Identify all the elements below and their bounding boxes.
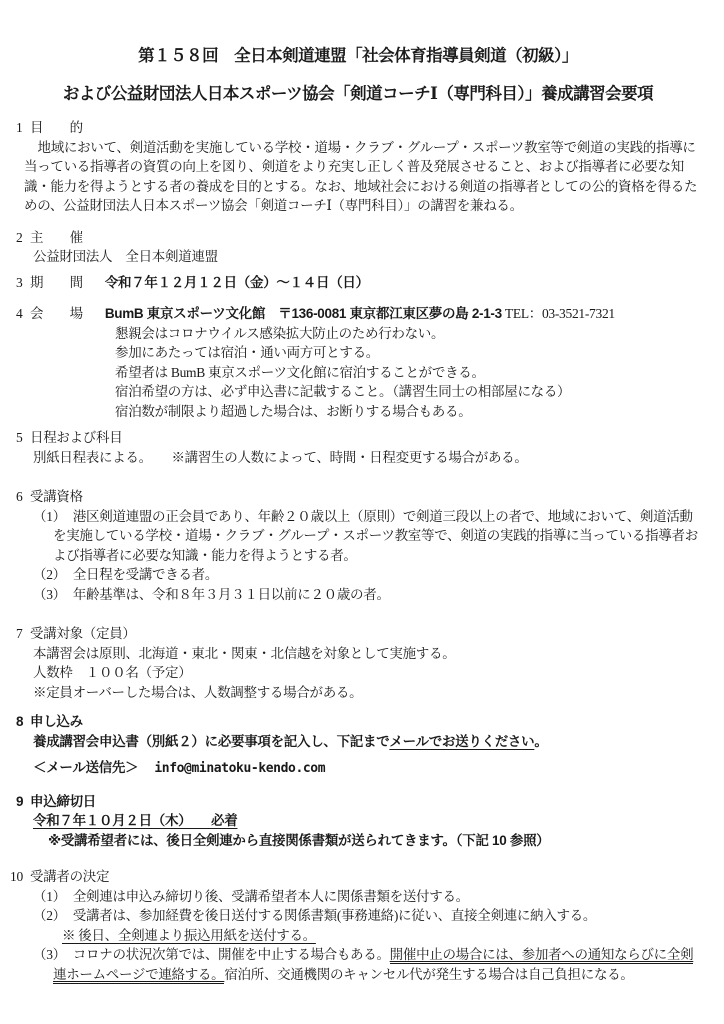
section-eligibility: 6受講資格 （1）港区剣道連盟の正会員であり、年齢２０歳以上（原則）で剣道三段以… xyxy=(16,487,700,604)
payment-note: ※ 後日、全剣連より振込用紙を送付する。 xyxy=(62,926,700,946)
section-number: 6 xyxy=(16,487,30,507)
section-heading: 9申込締切日 xyxy=(16,792,700,812)
section-venue: 4会 場BumB 東京スポーツ文化館 〒136-0081 東京都江東区夢の島 2… xyxy=(16,304,700,421)
section-label: 期 間 xyxy=(30,275,83,290)
section-label: 受講資格 xyxy=(30,489,83,504)
section-number: 5 xyxy=(16,428,30,448)
eligibility-item: （2）全日程を受講できる者。 xyxy=(53,565,700,585)
section-number: 7 xyxy=(16,624,30,644)
section-schedule: 5日程および科目 別紙日程表による。 ※講習生の人数によって、時間・日程変更する… xyxy=(16,428,700,467)
section-label: 日程および科目 xyxy=(30,430,122,445)
section-label: 主 催 xyxy=(30,230,83,245)
section-organizer: 2主 催 公益財団法人 全日本剣道連盟 xyxy=(16,228,700,267)
section-number: 8 xyxy=(16,712,30,732)
purpose-paragraph: 地域において、剣道活動を実施している学校・道場・クラブ・グループ・スポーツ教室等… xyxy=(24,138,700,216)
section-application: 8申し込み 養成講習会申込書（別紙２）に必要事項を記入し、下記までメールでお送り… xyxy=(16,712,700,779)
section-heading: 10受講者の決定 xyxy=(10,867,700,887)
section-selection: 10受講者の決定 （1）全剣連は申込み締切り後、受講希望者本人に関係書類を送付す… xyxy=(16,867,700,984)
section-number: 2 xyxy=(16,228,30,248)
selection-item: （1）全剣連は申込み締切り後、受講希望者本人に関係書類を送付する。 xyxy=(53,887,700,907)
item-marker: （1） xyxy=(33,889,66,904)
mail-row: ＜メール送信先＞info@minatoku-kendo.com xyxy=(33,758,700,779)
deadline-line: 令和７年１０月２日（木） 必着 xyxy=(33,811,700,831)
section-purpose: 1目 的 地域において、剣道活動を実施している学校・道場・クラブ・グループ・スポ… xyxy=(16,118,700,216)
item-text-pre: コロナの状況次第では、開催を中止する場合もある。 xyxy=(73,947,390,962)
section-deadline: 9申込締切日 令和７年１０月２日（木） 必着 ※受講希望者には、後日全剣連から直… xyxy=(16,792,700,851)
schedule-note: 別紙日程表による。 ※講習生の人数によって、時間・日程変更する場合がある。 xyxy=(33,448,700,468)
section-heading: 2主 催 xyxy=(16,228,700,248)
section-target: 7受講対象（定員） 本講習会は原則、北海道・東北・関東・北信越を対象として実施す… xyxy=(16,624,700,702)
section-heading: 1目 的 xyxy=(16,118,700,138)
capacity-note: ※定員オーバーした場合は、人数調整する場合がある。 xyxy=(33,683,700,703)
section-label: 受講者の決定 xyxy=(30,869,109,884)
item-text: 受講者は、参加経費を後日送付する関係書類(事務連絡)に従い、直接全剣連に納入する… xyxy=(73,908,596,923)
item-text: 全日程を受講できる者。 xyxy=(73,567,218,582)
venue-note: 宿泊希望の方は、必ず申込書に記載すること。（講習生同士の相部屋になる） xyxy=(115,382,700,402)
eligibility-item: （3）年齢基準は、令和８年３月３１日以前に２０歳の者。 xyxy=(53,585,700,605)
section-heading: 8申し込み xyxy=(16,712,700,732)
venue-note: 懇親会はコロナウイルス感染拡大防止のため行わない。 xyxy=(115,324,700,344)
item-text: 全剣連は申込み締切り後、受講希望者本人に関係書類を送付する。 xyxy=(73,889,469,904)
selection-item: （2）受講者は、参加経費を後日送付する関係書類(事務連絡)に従い、直接全剣連に納… xyxy=(53,906,700,926)
document-page: 第１５８回 全日本剣道連盟「社会体育指導員剣道（初級）」 および公益財団法人日本… xyxy=(0,0,724,1024)
venue-note: 参加にあたっては宿泊・通い両方可とする。 xyxy=(115,343,700,363)
eligibility-item: （1）港区剣道連盟の正会員であり、年齢２０歳以上（原則）で剣道三段以上の者で、地… xyxy=(53,507,700,566)
venue-name-address: BumB 東京スポーツ文化館 〒136-0081 東京都江東区夢の島 2-1-3 xyxy=(105,306,502,321)
instruction-post: 。 xyxy=(534,734,547,749)
item-marker: （3） xyxy=(33,947,66,962)
section-number: 10 xyxy=(10,867,30,887)
item-marker: （1） xyxy=(33,509,66,524)
item-text: 年齢基準は、令和８年３月３１日以前に２０歳の者。 xyxy=(73,587,390,602)
selection-item: （3）コロナの状況次第では、開催を中止する場合もある。開催中止の場合には、参加者… xyxy=(53,945,700,984)
venue-note: 希望者は BumB 東京スポーツ文化館に宿泊することができる。 xyxy=(115,363,700,383)
item-marker: （3） xyxy=(33,587,66,602)
mail-address: info@minatoku-kendo.com xyxy=(154,761,325,776)
section-label: 申し込み xyxy=(30,714,83,729)
item-text-post: 宿泊所、交通機関のキャンセル代が発生する場合は自己負担になる。 xyxy=(224,967,633,982)
period-date: 令和７年１２月１２日（金）～１４日（日） xyxy=(105,275,369,290)
section-label: 受講対象（定員） xyxy=(30,626,136,641)
instruction-underlined: メールでお送りください xyxy=(389,734,534,749)
section-number: 4 xyxy=(16,304,30,324)
section-label: 目 的 xyxy=(30,120,83,135)
section-number: 1 xyxy=(16,118,30,138)
section-number: 9 xyxy=(16,792,30,812)
capacity-line: 人数枠 １００名（予定） xyxy=(33,663,700,683)
venue-note: 宿泊数が制限より超過した場合は、お断りする場合もある。 xyxy=(115,402,700,422)
section-heading: 3期 間令和７年１２月１２日（金）～１４日（日） xyxy=(16,273,700,293)
section-label: 会 場 xyxy=(30,306,83,321)
item-marker: （2） xyxy=(33,908,66,923)
section-heading: 5日程および科目 xyxy=(16,428,700,448)
deadline-date: 令和７年１０月２日（木） 必着 xyxy=(33,813,237,828)
payment-note-text: ※ 後日、全剣連より振込用紙を送付する。 xyxy=(62,928,316,943)
target-line: 本講習会は原則、北海道・東北・関東・北信越を対象として実施する。 xyxy=(33,644,700,664)
organizer-name: 公益財団法人 全日本剣道連盟 xyxy=(33,247,700,267)
section-heading: 4会 場BumB 東京スポーツ文化館 〒136-0081 東京都江東区夢の島 2… xyxy=(16,304,700,324)
instruction-pre: 養成講習会申込書（別紙２）に必要事項を記入し、下記まで xyxy=(33,734,389,749)
section-heading: 6受講資格 xyxy=(16,487,700,507)
section-heading: 7受講対象（定員） xyxy=(16,624,700,644)
mail-label: ＜メール送信先＞ xyxy=(33,760,138,775)
item-marker: （2） xyxy=(33,567,66,582)
section-label: 申込締切日 xyxy=(30,794,96,809)
doc-title-line2: および公益財団法人日本スポーツ協会「剣道コーチⅠ（専門科目）」養成講習会要項 xyxy=(16,82,700,106)
doc-title-line1: 第１５８回 全日本剣道連盟「社会体育指導員剣道（初級）」 xyxy=(16,44,700,68)
section-number: 3 xyxy=(16,273,30,293)
venue-tel: TEL：03-3521-7321 xyxy=(505,306,615,321)
deadline-note: ※受講希望者には、後日全剣連から直接関係書類が送られてきます。（下記 10 参照… xyxy=(48,831,700,851)
application-instruction: 養成講習会申込書（別紙２）に必要事項を記入し、下記までメールでお送りください。 xyxy=(33,732,700,752)
item-text: 港区剣道連盟の正会員であり、年齢２０歳以上（原則）で剣道三段以上の者で、地域にお… xyxy=(53,509,698,563)
section-period: 3期 間令和７年１２月１２日（金）～１４日（日） xyxy=(16,273,700,293)
